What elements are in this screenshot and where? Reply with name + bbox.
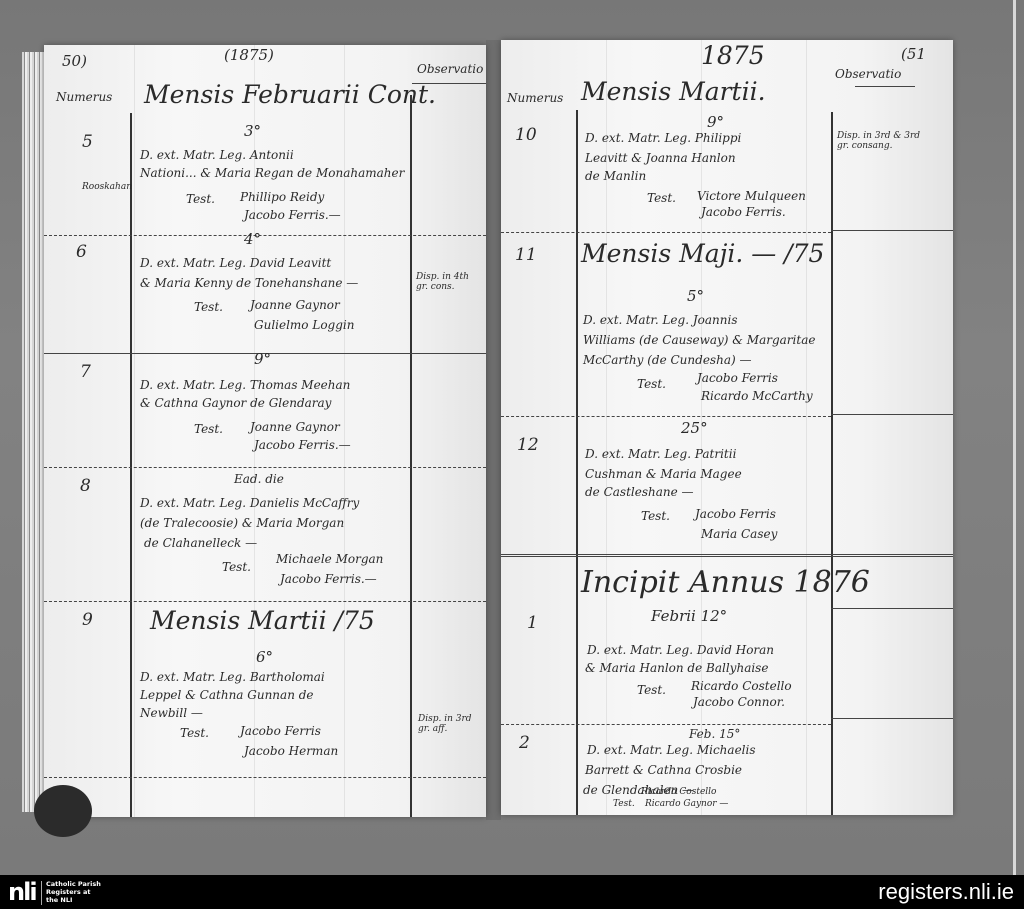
entry-date: 5° (687, 288, 704, 305)
column-observations: Observatio (835, 68, 901, 81)
entry-text: D. ext. Matr. Leg. Joannis (583, 314, 737, 327)
entry-text: & Cathna Gaynor de Glendaray (140, 397, 331, 410)
witness-name: Jacobo Ferris. (701, 206, 786, 219)
year-heading: Incipit Annus 1876 (581, 566, 870, 599)
book-page-edges (22, 52, 44, 812)
entry-number: 5 (82, 133, 93, 152)
witness-label: Test. (637, 684, 666, 697)
witness-name: Jacobo Herman (244, 745, 338, 758)
witness-name: Jacobo Ferris.— (244, 209, 341, 222)
witness-label: Test. (186, 193, 215, 206)
witness-label: Test. (641, 510, 670, 523)
entry-text: Nationi... & Maria Regan de Monahamaher (140, 167, 404, 180)
site-link[interactable]: registers.nli.ie (878, 880, 1014, 904)
footer-bar: nli Catholic Parish Registers at the NLI… (0, 875, 1024, 909)
book-spine (486, 40, 501, 820)
entry-text: & Maria Kenny de Tonehanshane — (140, 277, 358, 290)
witness-label: Test. (613, 800, 635, 810)
observation-note: Disp. in 3rd & 3rd gr. consang. (837, 132, 920, 152)
witness-name: Joanne Gaynor (250, 299, 340, 312)
entry-date: 6° (256, 649, 273, 666)
entry-text: Leppel & Cathna Gunnan de (140, 689, 314, 702)
witness-label: Test. (637, 378, 666, 391)
logo-caption-line: Catholic Parish (46, 880, 101, 888)
entry-number: 6 (76, 243, 87, 262)
entry-number: 8 (80, 477, 91, 496)
entry-date: Feb. 15° (689, 728, 740, 741)
ink-blot (34, 785, 92, 837)
entry-text: Williams (de Causeway) & Margaritae (583, 334, 815, 347)
observation-note: Disp. in 3rd gr. aff. (418, 715, 472, 735)
month-heading: Mensis Martii. (581, 78, 766, 106)
entry-number: 9 (82, 611, 93, 630)
logo-caption-line: the NLI (46, 896, 101, 904)
witness-label: Test. (194, 423, 223, 436)
witness-label: Test. (180, 727, 209, 740)
witness-name: Michaele Morgan (276, 553, 383, 566)
entry-text: Cushman & Maria Magee (585, 468, 742, 481)
entry-text: Leavitt & Joanna Hanlon (585, 152, 736, 165)
month-heading: Mensis Februarii Cont. (144, 81, 436, 109)
witness-name: Jacobo Ferris (697, 372, 778, 385)
column-numerus: Numerus (56, 91, 112, 104)
witness-name: Gulielmo Loggin (254, 319, 354, 332)
witness-name: Jacobo Connor. (693, 696, 785, 709)
entry-text: de Castleshane — (585, 486, 694, 499)
witness-name: Jacobo Ferris (695, 508, 776, 521)
witness-name: Jacobo Ferris (240, 725, 321, 738)
entry-text: D. ext. Matr. Leg. Michaelis (587, 744, 756, 757)
month-heading: Mensis Martii /75 (150, 607, 375, 635)
witness-label: Test. (194, 301, 223, 314)
entry-number: 1 (527, 614, 538, 633)
right-page: 1875 (51 Observatio Numerus Mensis Marti… (501, 40, 953, 815)
entry-number: 7 (80, 363, 91, 382)
entry-date: Febrii 12° (651, 608, 727, 625)
witness-name: Ricardo McCarthy (701, 390, 813, 403)
column-numerus: Numerus (507, 92, 563, 105)
entry-text: D. ext. Matr. Leg. Bartholomai (140, 671, 325, 684)
entry-number: 2 (519, 734, 530, 753)
witness-name: Ricardo Gaynor — (645, 800, 728, 810)
witness-name: Jacobo Ferris.— (280, 573, 377, 586)
entry-text: D. ext. Matr. Leg. Patritii (585, 448, 736, 461)
witness-label: Test. (647, 192, 676, 205)
witness-name: Ricardo Costello (691, 680, 792, 693)
register-image-viewer[interactable]: 50) (1875) Observatio Numerus Mensis Feb… (0, 0, 1024, 875)
frame-edge (1013, 0, 1016, 875)
nli-logo[interactable]: nli (8, 879, 36, 905)
year-header: 1875 (701, 42, 765, 70)
witness-name: Joanne Gaynor (250, 421, 340, 434)
entry-date: 9° (707, 114, 724, 131)
logo-caption-line: Registers at (46, 888, 101, 896)
entry-text: D. ext. Matr. Leg. David Leavitt (140, 257, 331, 270)
entry-text: (de Tralecoosie) & Maria Morgan (140, 517, 344, 530)
entry-text: de Clahanelleck — (144, 537, 257, 550)
witness-name: Jacobo Ferris.— (254, 439, 351, 452)
entry-text: Barrett & Cathna Crosbie (585, 764, 742, 777)
witness-label: Test. (222, 561, 251, 574)
entry-text: McCarthy (de Cundesha) — (583, 354, 751, 367)
column-observations: Observatio (417, 63, 483, 76)
entry-text: D. ext. Matr. Leg. Thomas Meehan (140, 379, 350, 392)
entry-text: & Maria Hanlon de Ballyhaise (585, 662, 768, 675)
page-number: 50) (62, 53, 87, 70)
entry-date: Ead. die (234, 473, 284, 486)
witness-name: Victore Mulqueen (697, 190, 806, 203)
entry-text: de Manlin (585, 170, 646, 183)
entry-text: D. ext. Matr. Leg. Danielis McCaffry (140, 497, 359, 510)
logo-caption: Catholic Parish Registers at the NLI (46, 880, 101, 904)
entry-text: Newbill — (140, 707, 203, 720)
observation-note: Disp. in 4th gr. cons. (416, 273, 469, 293)
logo-divider (41, 881, 42, 905)
entry-date: 9° (254, 351, 271, 368)
entry-date: 25° (681, 420, 708, 437)
witness-name: Maria Casey (701, 528, 777, 541)
left-page: 50) (1875) Observatio Numerus Mensis Feb… (44, 45, 486, 817)
witness-name: Phillipo Reidy (240, 191, 324, 204)
page-number: (51 (901, 46, 926, 63)
entry-text: D. ext. Matr. Leg. David Horan (587, 644, 774, 657)
entry-number: 10 (515, 126, 537, 145)
witness-name: Ricardo Costello (641, 788, 716, 798)
entry-text: Rooskahan (82, 183, 132, 193)
month-heading: Mensis Maji. — /75 (581, 240, 824, 268)
entry-number: 11 (515, 246, 537, 265)
entry-date: 3° (244, 123, 261, 140)
entry-number: 12 (517, 436, 539, 455)
entry-text: D. ext. Matr. Leg. Philippi (585, 132, 741, 145)
entry-date: 4° (244, 231, 261, 248)
entry-text: D. ext. Matr. Leg. Antonii (140, 149, 294, 162)
year-header: (1875) (224, 47, 274, 64)
